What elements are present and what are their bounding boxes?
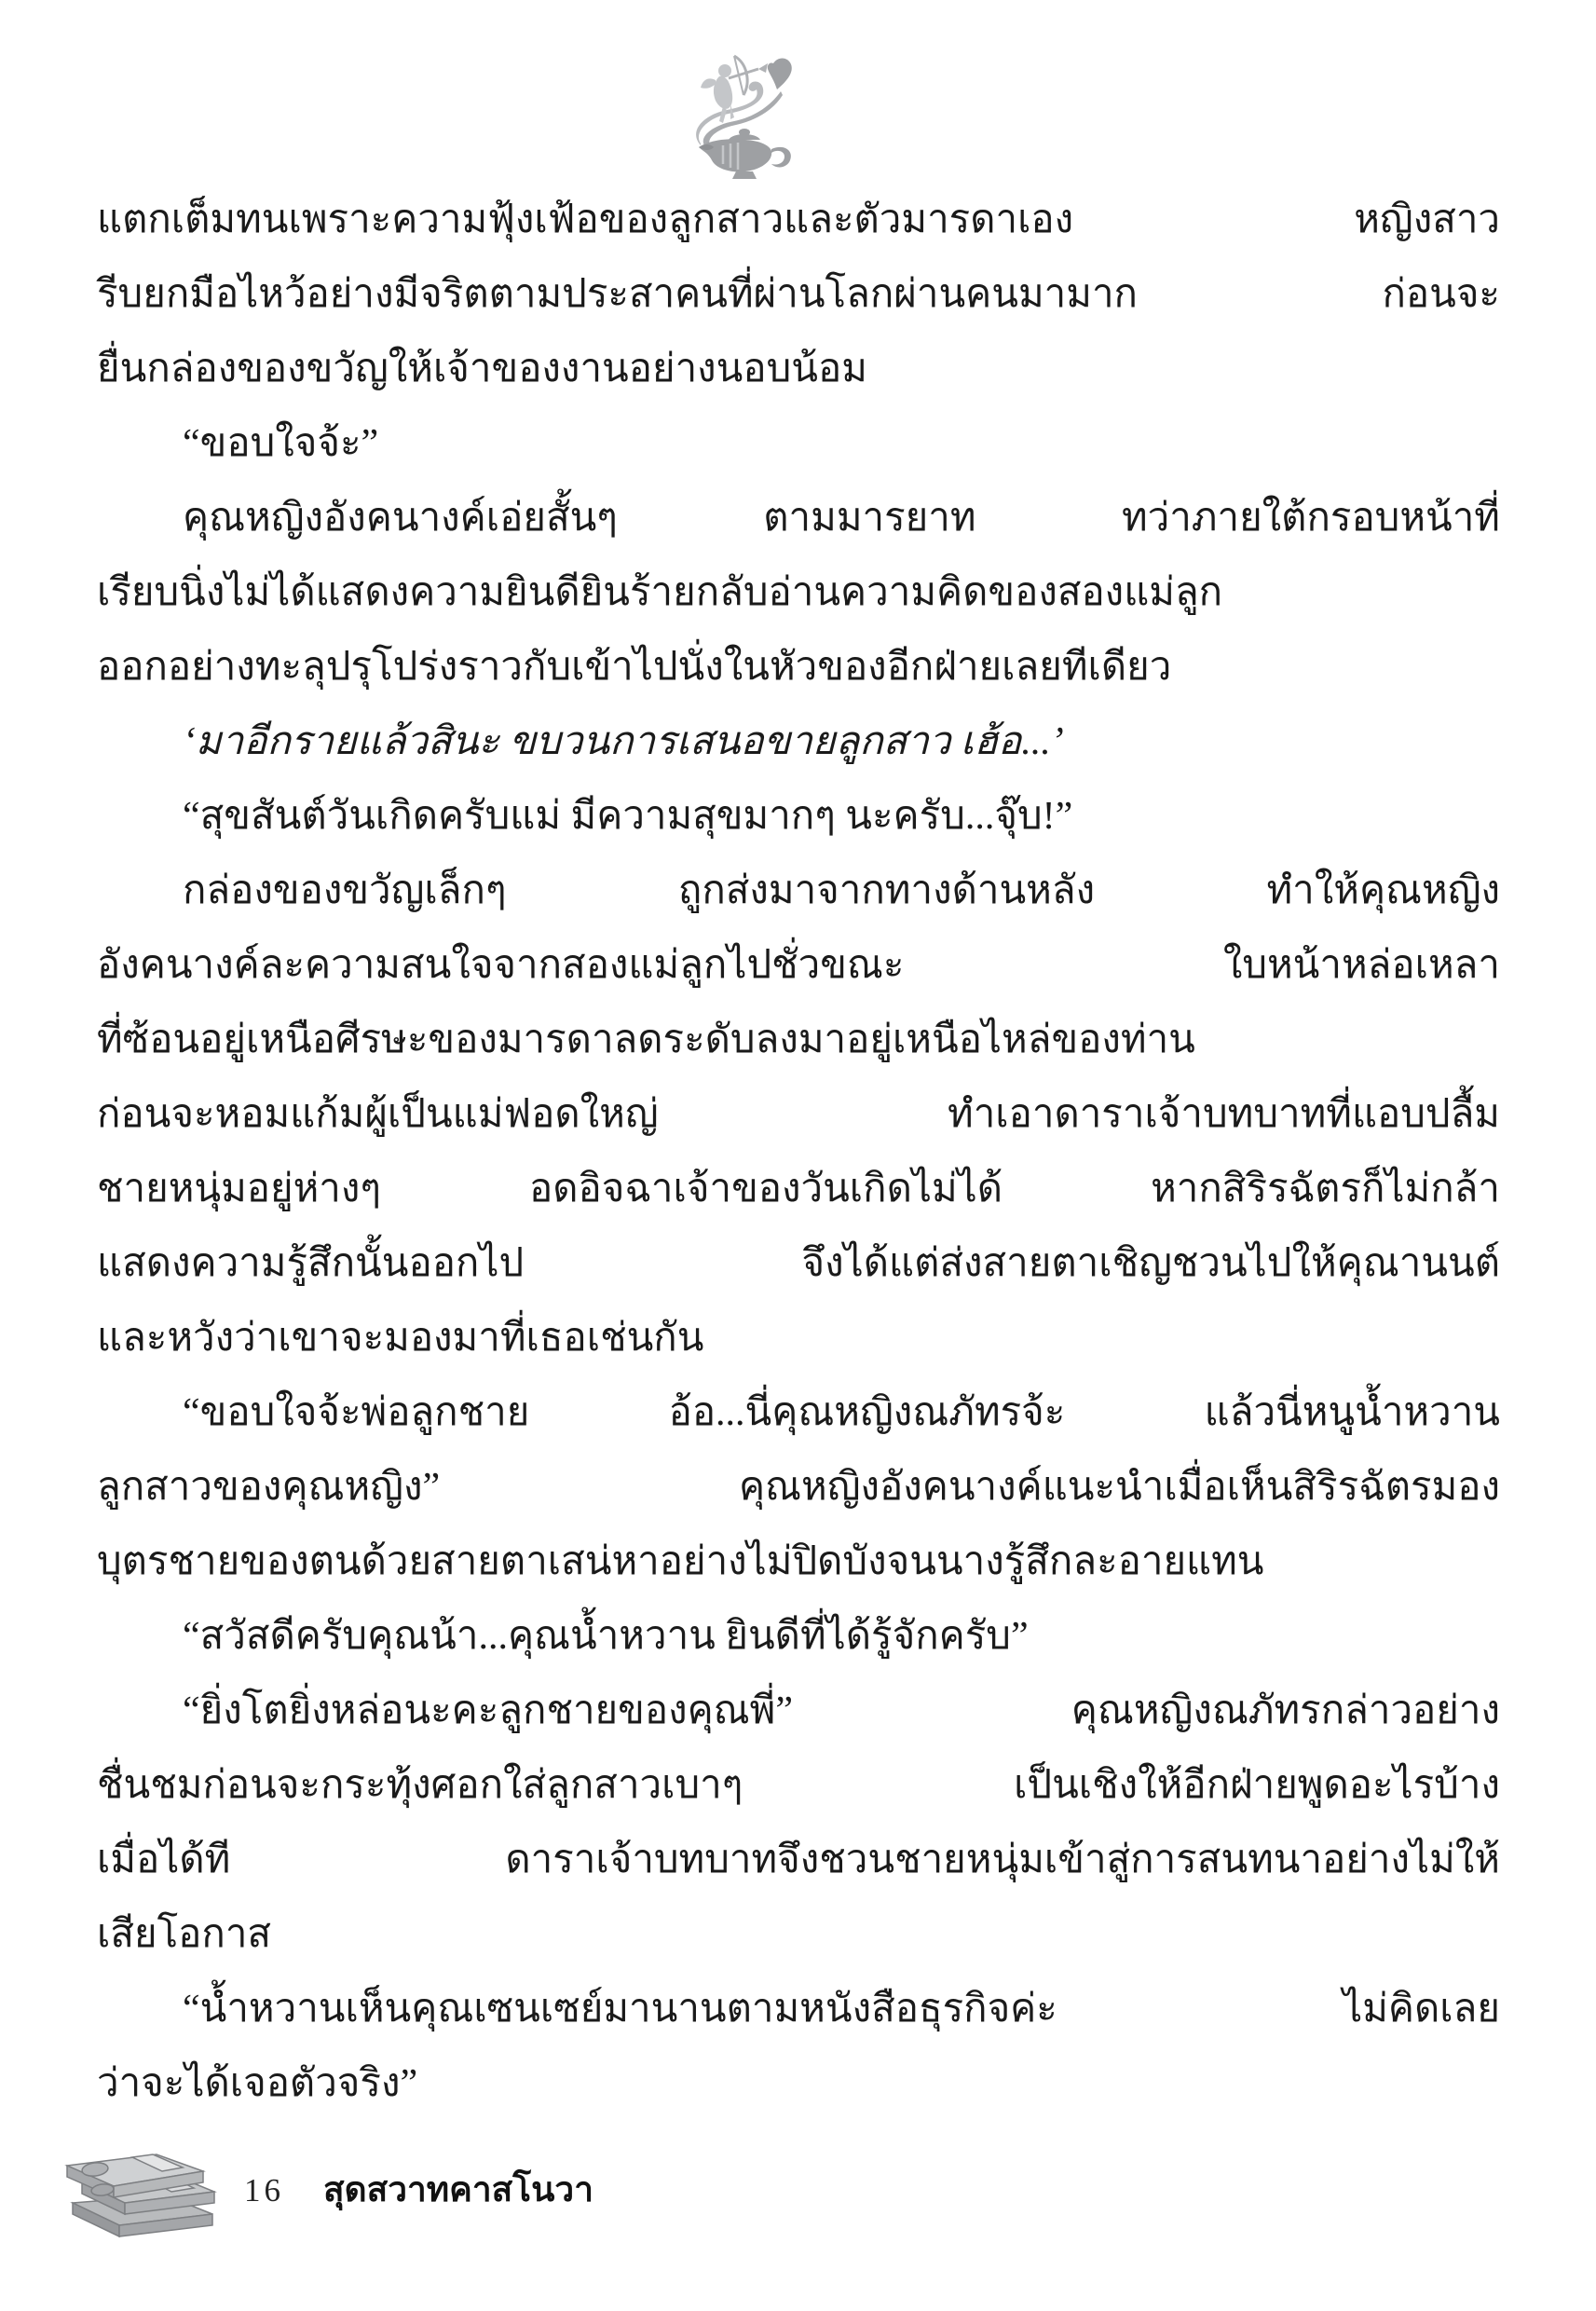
text-line: รีบยกมือไหว้อย่างมีจริตตามประสาคนที่ผ่าน…: [97, 257, 1500, 332]
cupid-genie-lamp-icon: [691, 47, 801, 185]
text-line: ก่อนจะหอมแก้มผู้เป็นแม่ฟอดใหญ่ ทำเอาดารา…: [97, 1077, 1500, 1152]
text-line: และหวังว่าเขาจะมองมาที่เธอเช่นกัน: [97, 1301, 1500, 1375]
body-text: แตกเต็มทนเพราะความฟุ้งเฟ้อของลูกสาวและตั…: [97, 183, 1500, 2121]
text-line: แตกเต็มทนเพราะความฟุ้งเฟ้อของลูกสาวและตั…: [97, 183, 1500, 257]
text-line: เรียบนิ่งไม่ได้แสดงความยินดียินร้ายกลับอ…: [97, 555, 1500, 630]
text-line: “สุขสันต์วันเกิดครับแม่ มีความสุขมากๆ นะ…: [97, 779, 1500, 854]
text-line: เสียโอกาส: [97, 1897, 1500, 1972]
book-page: แตกเต็มทนเพราะความฟุ้งเฟ้อของลูกสาวและตั…: [0, 0, 1596, 2311]
text-line: ออกอย่างทะลุปรุโปร่งราวกับเข้าไปนั่งในหั…: [97, 630, 1500, 704]
text-line: กล่องของขวัญเล็กๆ ถูกส่งมาจากทางด้านหลัง…: [97, 854, 1500, 928]
text-line: ‘มาอีกรายแล้วสินะ ขบวนการเสนอขายลูกสาว เ…: [97, 704, 1500, 779]
text-line: “น้ำหวานเห็นคุณเซนเซย์มานานตามหนังสือธุร…: [97, 1972, 1500, 2046]
book-title: สุดสวาทคาสโนวา: [323, 2162, 593, 2217]
text-line: เมื่อได้ที ดาราเจ้าบทบาทจึงชวนชายหนุ่มเข…: [97, 1823, 1500, 1897]
text-line: “ขอบใจจ้ะ”: [97, 406, 1500, 481]
text-line: “ยิ่งโตยิ่งหล่อนะคะลูกชายของคุณพี่” คุณห…: [97, 1674, 1500, 1748]
text-line: แสดงความรู้สึกนั้นออกไป จึงได้แต่ส่งสายต…: [97, 1226, 1500, 1301]
text-line: คุณหญิงอังคนางค์เอ่ยสั้นๆ ตามมารยาท ทว่า…: [97, 481, 1500, 555]
text-line: ชื่นชมก่อนจะกระทุ้งศอกใส่ลูกสาวเบาๆ เป็น…: [97, 1748, 1500, 1823]
text-line: ยื่นกล่องของขวัญให้เจ้าของงานอย่างนอบน้อ…: [97, 332, 1500, 406]
page-number: 16: [244, 2172, 284, 2209]
text-line: ชายหนุ่มอยู่ห่างๆ อดอิจฉาเจ้าของวันเกิดไ…: [97, 1152, 1500, 1226]
footer: 16 สุดสวาทคาสโนวา: [0, 2141, 1596, 2253]
text-line: อังคนางค์ละความสนใจจากสองแม่ลูกไปชั่วขณะ…: [97, 928, 1500, 1003]
text-line: “สวัสดีครับคุณน้า...คุณน้ำหวาน ยินดีที่ไ…: [97, 1599, 1500, 1674]
money-stack-icon: [54, 2145, 231, 2246]
text-line: ว่าจะได้เจอตัวจริง”: [97, 2046, 1500, 2121]
text-line: “ขอบใจจ้ะพ่อลูกชาย อ้อ...นี่คุณหญิงณภัทร…: [97, 1375, 1500, 1450]
text-line: ที่ซ้อนอยู่เหนือศีรษะของมารดาลดระดับลงมา…: [97, 1003, 1500, 1077]
text-line: บุตรชายของตนด้วยสายตาเสน่หาอย่างไม่ปิดบั…: [97, 1525, 1500, 1599]
text-line: ลูกสาวของคุณหญิง” คุณหญิงอังคนางค์แนะนำเ…: [97, 1450, 1500, 1525]
